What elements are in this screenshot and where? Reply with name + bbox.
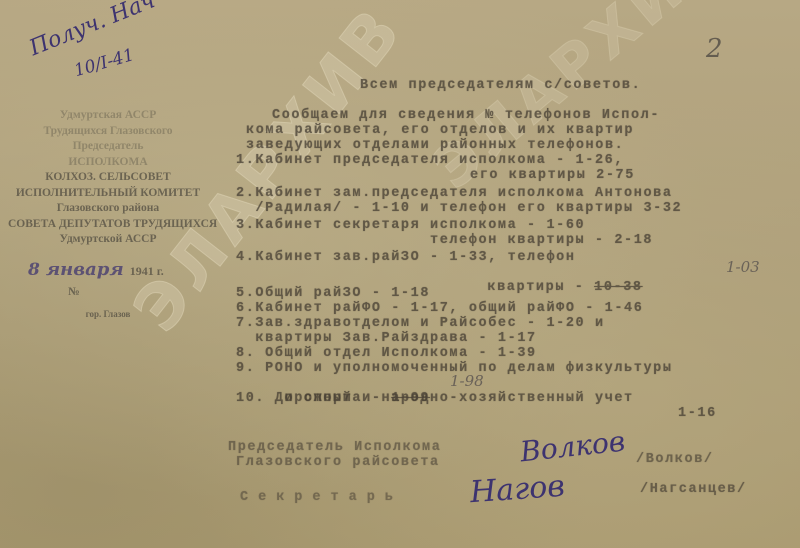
stamp-date: 8 января 1941 г. xyxy=(8,262,208,280)
stamp-line: ИСПОЛНИТЕЛЬНЫЙ КОМИТЕТ xyxy=(8,186,208,202)
list-item-4: 4.Кабинет зав.райЗО - 1-33, телефон xyxy=(236,250,576,265)
secretary-title: Секретарь xyxy=(240,490,403,505)
intro-line: заведующих отделами районных телефонов. xyxy=(246,138,624,153)
handwritten-correction: 1-03 xyxy=(726,258,760,276)
chairman-title: Председатель Исполкома xyxy=(228,440,441,455)
list-item-3-cont: телефон квартиры - 2-18 xyxy=(430,233,653,248)
chairman-title: Глазовского райсовета xyxy=(236,455,440,470)
list-item-1-cont: его квартиры 2-75 xyxy=(470,168,635,183)
list-item-1: 1.Кабинет председателя исполкома - 1-26, xyxy=(236,153,624,168)
list-item-8: 8. Общий отдел Исполкома - 1-39 xyxy=(236,346,537,361)
list-item-3: 3.Кабинет секретаря исполкома - 1-60 xyxy=(236,218,585,233)
struck-number: 10-38 xyxy=(594,280,643,295)
list-item-5: 5.Общий райЗО - 1-18 xyxy=(236,286,430,301)
list-item-7: 7.Зав.здравотделом и Райсобес - 1-20 и xyxy=(236,316,605,331)
stamp-city: гор. Глазов xyxy=(8,307,208,323)
intro-line: Сообщаем для сведения № телефонов Испол- xyxy=(272,108,660,123)
list-item-7-cont: квартиры Зав.Райздрава - 1-17 xyxy=(236,331,537,346)
list-item-2-cont: /Радилая/ - 1-10 и телефон его квартиры … xyxy=(236,201,682,216)
page-number: 2 xyxy=(706,34,723,64)
list-item-4-label: квартиры - xyxy=(487,280,594,295)
stamp-number: № xyxy=(8,285,208,301)
secretary-signature: Нагов xyxy=(469,469,566,511)
stamp-line: Председатель xyxy=(8,139,208,155)
institution-stamp: Удмуртская АССР Трудящихся Глазовского П… xyxy=(8,108,208,322)
stamp-line: Удмуртской АССР xyxy=(8,232,208,248)
list-item-6: 6.Кабинет райФО - 1-17, общий райФО - 1-… xyxy=(236,301,643,316)
stamp-line: ИСПОЛКОМА xyxy=(8,155,208,171)
secretary-name: /Нагсанцев/ xyxy=(640,482,747,497)
list-item-2: 2.Кабинет зам.председателя исполкома Ант… xyxy=(236,186,673,201)
document-heading: Всем председателям с/советов. xyxy=(360,78,641,93)
stamp-line: Глазовского района xyxy=(8,201,208,217)
stamp-line: Удмуртская АССР xyxy=(8,108,208,124)
list-item-4-cont: квартиры - 10-38 xyxy=(468,265,643,295)
stamp-date-month: января xyxy=(46,259,124,280)
stamp-date-day: 8 xyxy=(28,260,40,280)
stamp-line: Трудящихся Глазовского xyxy=(8,124,208,140)
list-item-10-cont: 1-16 xyxy=(678,406,717,421)
stamp-date-year: 1941 г. xyxy=(130,264,164,278)
handwritten-correction: 1-98 xyxy=(450,372,484,390)
chairman-name: /Волков/ xyxy=(636,452,714,467)
list-item-10: 10. Дорожный и народно-хозяйственный уче… xyxy=(236,391,634,406)
stamp-line: СОВЕТА ДЕПУТАТОВ ТРУДЯЩИХСЯ xyxy=(8,217,208,233)
intro-line: кома райсовета, его отделов и их квартир xyxy=(246,123,634,138)
stamp-line: КОЛХОЗ. СЕЛЬСОВЕТ xyxy=(8,170,208,186)
